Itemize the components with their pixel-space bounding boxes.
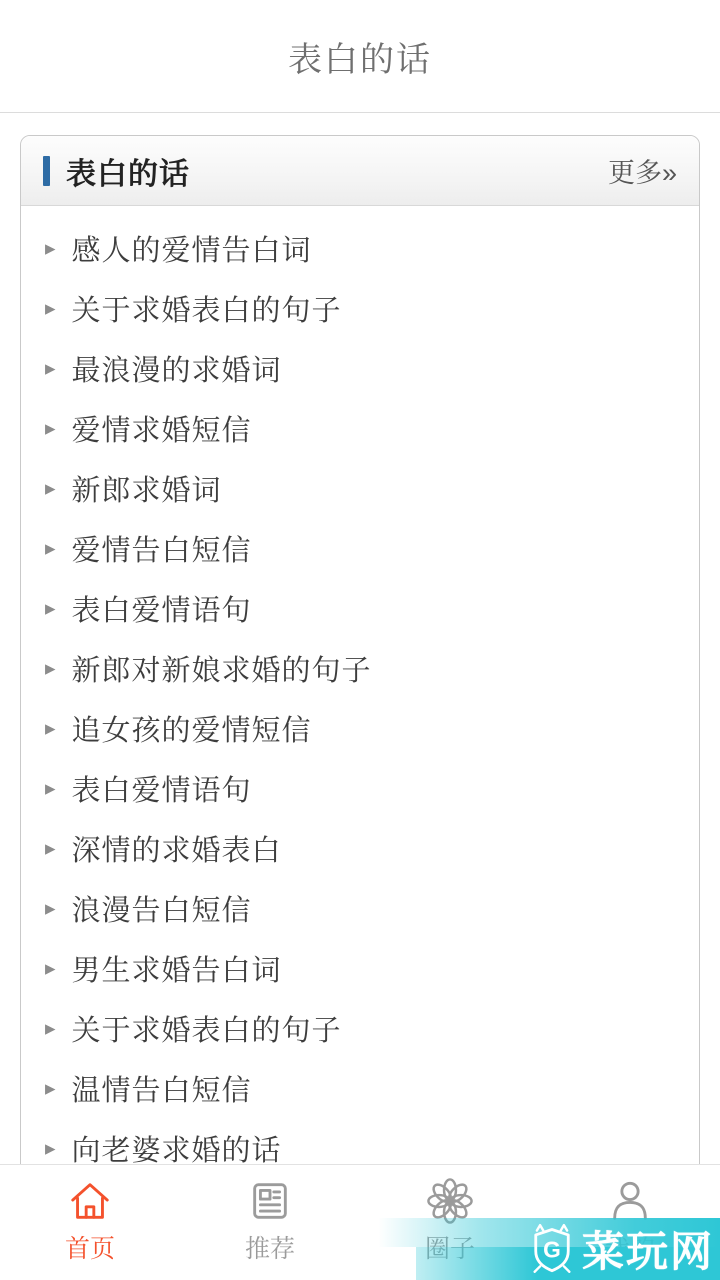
- list-item[interactable]: ▸ 新郎求婚词: [21, 458, 699, 518]
- list-item[interactable]: ▸ 最浪漫的求婚词: [21, 338, 699, 398]
- tab-home[interactable]: 首页: [0, 1165, 180, 1280]
- tab-recommend[interactable]: 推荐: [180, 1165, 360, 1280]
- triangle-bullet-icon: ▸: [45, 418, 56, 439]
- triangle-bullet-icon: ▸: [45, 958, 56, 979]
- list-item-label: 爱情告白短信: [72, 528, 252, 569]
- accent-bar: [43, 156, 50, 186]
- triangle-bullet-icon: ▸: [45, 358, 56, 379]
- list-item[interactable]: ▸ 表白爱情语句: [21, 578, 699, 638]
- list-item-label: 表白爱情语句: [72, 588, 252, 629]
- triangle-bullet-icon: ▸: [45, 598, 56, 619]
- home-icon: [67, 1178, 113, 1224]
- list-item[interactable]: ▸ 爱情告白短信: [21, 518, 699, 578]
- list-item[interactable]: ▸ 追女孩的爱情短信: [21, 698, 699, 758]
- article-list: ▸ 感人的爱情告白词 ▸ 关于求婚表白的句子 ▸ 最浪漫的求婚词 ▸ 爱情求婚短…: [21, 206, 699, 1178]
- list-item-label: 感人的爱情告白词: [72, 228, 312, 269]
- list-item[interactable]: ▸ 男生求婚告白词: [21, 938, 699, 998]
- app-screen: 表白的话 表白的话 更多» ▸ 感人的爱情告白词 ▸ 关于求婚表白的句子 ▸ 最…: [0, 0, 720, 1280]
- triangle-bullet-icon: ▸: [45, 238, 56, 259]
- svg-text:G: G: [543, 1237, 561, 1263]
- triangle-bullet-icon: ▸: [45, 538, 56, 559]
- triangle-bullet-icon: ▸: [45, 1018, 56, 1039]
- list-item-label: 关于求婚表白的句子: [72, 1008, 342, 1049]
- tab-recommend-label: 推荐: [245, 1229, 295, 1265]
- list-item[interactable]: ▸ 爱情求婚短信: [21, 398, 699, 458]
- triangle-bullet-icon: ▸: [45, 298, 56, 319]
- triangle-bullet-icon: ▸: [45, 778, 56, 799]
- list-item-label: 爱情求婚短信: [72, 408, 252, 449]
- app-header: 表白的话: [0, 0, 720, 113]
- list-item[interactable]: ▸ 表白爱情语句: [21, 758, 699, 818]
- page-title: 表白的话: [288, 32, 432, 81]
- list-item-label: 追女孩的爱情短信: [72, 708, 312, 749]
- list-item-label: 向老婆求婚的话: [72, 1128, 282, 1169]
- site-watermark: G 菜玩网: [378, 1218, 720, 1280]
- list-item-label: 关于求婚表白的句子: [72, 288, 342, 329]
- list-item-label: 表白爱情语句: [72, 768, 252, 809]
- confession-card: 表白的话 更多» ▸ 感人的爱情告白词 ▸ 关于求婚表白的句子 ▸ 最浪漫的求婚…: [20, 135, 700, 1179]
- triangle-bullet-icon: ▸: [45, 838, 56, 859]
- tab-home-label: 首页: [65, 1229, 115, 1265]
- triangle-bullet-icon: ▸: [45, 718, 56, 739]
- shield-logo-icon: G: [526, 1223, 578, 1275]
- more-link[interactable]: 更多»: [608, 151, 677, 190]
- section-title: 表白的话: [66, 149, 190, 193]
- list-item-label: 浪漫告白短信: [72, 888, 252, 929]
- list-item-label: 新郎求婚词: [72, 468, 222, 509]
- card-header: 表白的话 更多»: [21, 136, 699, 206]
- watermark-text: 菜玩网: [582, 1219, 714, 1279]
- list-item-label: 温情告白短信: [72, 1068, 252, 1109]
- list-item[interactable]: ▸ 温情告白短信: [21, 1058, 699, 1118]
- list-item[interactable]: ▸ 关于求婚表白的句子: [21, 278, 699, 338]
- triangle-bullet-icon: ▸: [45, 898, 56, 919]
- main-content: 表白的话 更多» ▸ 感人的爱情告白词 ▸ 关于求婚表白的句子 ▸ 最浪漫的求婚…: [0, 135, 720, 1179]
- list-item-label: 新郎对新娘求婚的句子: [72, 648, 372, 689]
- list-item[interactable]: ▸ 新郎对新娘求婚的句子: [21, 638, 699, 698]
- list-item-label: 男生求婚告白词: [72, 948, 282, 989]
- triangle-bullet-icon: ▸: [45, 478, 56, 499]
- news-icon: [247, 1178, 293, 1224]
- triangle-bullet-icon: ▸: [45, 1138, 56, 1159]
- list-item[interactable]: ▸ 浪漫告白短信: [21, 878, 699, 938]
- list-item[interactable]: ▸ 感人的爱情告白词: [21, 218, 699, 278]
- watermark-logo-row: G 菜玩网: [526, 1219, 714, 1279]
- list-item-label: 最浪漫的求婚词: [72, 348, 282, 389]
- list-item[interactable]: ▸ 关于求婚表白的句子: [21, 998, 699, 1058]
- list-item-label: 深情的求婚表白: [72, 828, 282, 869]
- list-item[interactable]: ▸ 深情的求婚表白: [21, 818, 699, 878]
- triangle-bullet-icon: ▸: [45, 1078, 56, 1099]
- triangle-bullet-icon: ▸: [45, 658, 56, 679]
